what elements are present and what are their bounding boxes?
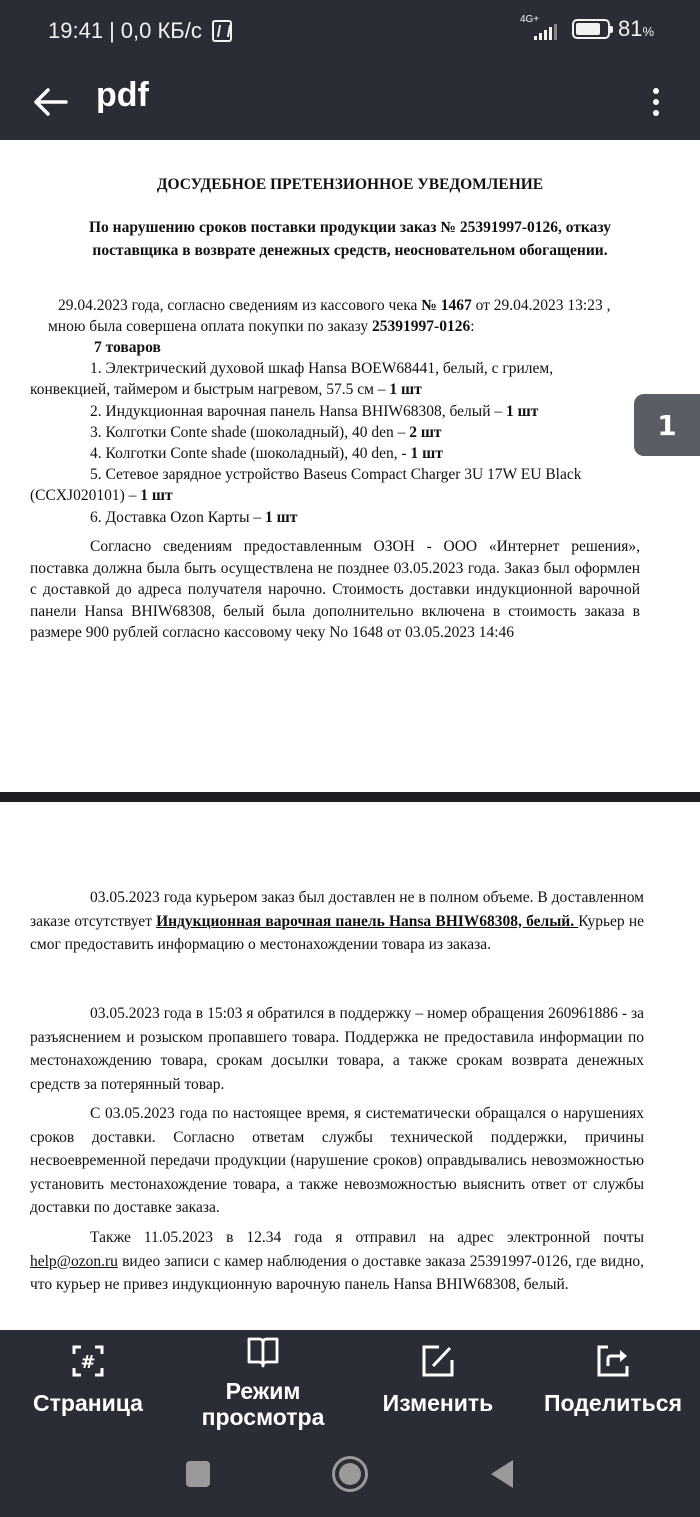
app-bar: pdf bbox=[0, 64, 700, 140]
violations-paragraph: С 03.05.2023 года по настоящее время, я … bbox=[30, 1102, 644, 1220]
document-title: ДОСУДЕБНОЕ ПРЕТЕНЗИОННОЕ УВЕДОМЛЕНИЕ bbox=[0, 176, 700, 194]
document-subtitle: По нарушению сроков поставки продукции з… bbox=[70, 216, 630, 262]
arrow-left-icon[interactable] bbox=[28, 80, 72, 124]
list-item: 1. Электрический духовой шкаф Hansa BOEW… bbox=[30, 358, 630, 400]
pdf-page-1: ДОСУДЕБНОЕ ПРЕТЕНЗИОННОЕ УВЕДОМЛЕНИЕ По … bbox=[0, 140, 700, 792]
list-item: 6. Доставка Ozon Карты – 1 шт bbox=[30, 507, 630, 528]
page-button[interactable]: # Страница bbox=[18, 1330, 158, 1440]
share-button[interactable]: Поделиться bbox=[532, 1330, 694, 1440]
triangle-back-icon bbox=[491, 1460, 513, 1488]
svg-text:#: # bbox=[80, 1352, 95, 1373]
intro-paragraph: 29.04.2023 года, согласно сведениям из к… bbox=[30, 295, 650, 337]
missing-item-paragraph: 03.05.2023 года курьером заказ был доста… bbox=[30, 886, 644, 957]
items-count: 7 товаров bbox=[30, 337, 630, 358]
view-mode-button[interactable]: Режим просмотра bbox=[188, 1330, 338, 1440]
status-right: 4G+ 81% bbox=[520, 16, 654, 42]
status-bar: 19:41 | 0,0 КБ/с 4G+ 81% bbox=[0, 0, 700, 64]
clock: 19:41 bbox=[48, 18, 103, 44]
square-icon bbox=[186, 1461, 210, 1487]
list-item: 4. Колготки Conte shade (шоколадный), 40… bbox=[30, 443, 630, 464]
order-items-list: 7 товаров 1. Электрический духовой шкаф … bbox=[30, 337, 630, 528]
battery-icon bbox=[572, 19, 610, 39]
system-nav-bar bbox=[0, 1440, 700, 1517]
pdf-viewer[interactable]: ДОСУДЕБНОЕ ПРЕТЕНЗИОННОЕ УВЕДОМЛЕНИЕ По … bbox=[0, 140, 700, 1330]
signal-icon: 4G+ bbox=[520, 16, 564, 42]
app-title: pdf bbox=[96, 76, 149, 115]
page-number-badge: 1 bbox=[634, 394, 700, 456]
page-separator bbox=[0, 792, 700, 802]
recent-apps-button[interactable] bbox=[176, 1454, 220, 1494]
pdf-page-2: 03.05.2023 года курьером заказ был доста… bbox=[0, 802, 700, 1330]
system-back-button[interactable] bbox=[480, 1454, 524, 1494]
status-left: 19:41 | 0,0 КБ/с bbox=[48, 18, 232, 44]
share-icon bbox=[596, 1344, 630, 1378]
more-vert-icon[interactable] bbox=[646, 80, 666, 124]
battery-fill bbox=[576, 23, 600, 35]
list-item: 2. Индукционная варочная панель Hansa BH… bbox=[30, 401, 630, 422]
nfc-icon bbox=[212, 20, 232, 42]
edit-button[interactable]: Изменить bbox=[368, 1330, 508, 1440]
support-paragraph: 03.05.2023 года в 15:03 я обратился в по… bbox=[30, 1002, 644, 1096]
delivery-paragraph: Согласно сведениям предоставленным ОЗОН … bbox=[30, 536, 640, 644]
book-icon bbox=[245, 1334, 281, 1370]
net-speed: 0,0 КБ/с bbox=[121, 18, 202, 44]
bottom-toolbar: # Страница Режим просмотра Изменить Поде… bbox=[0, 1330, 700, 1440]
battery-percent: 81% bbox=[618, 16, 654, 42]
edit-icon bbox=[421, 1344, 455, 1378]
list-item: 3. Колготки Conte shade (шоколадный), 40… bbox=[30, 422, 630, 443]
page-number-icon: # bbox=[71, 1344, 105, 1378]
home-button[interactable] bbox=[328, 1454, 372, 1494]
email-paragraph: Также 11.05.2023 в 12.34 года я отправил… bbox=[30, 1226, 644, 1297]
email-link[interactable]: help@ozon.ru bbox=[30, 1253, 118, 1270]
divider: | bbox=[109, 18, 115, 44]
list-item: 5. Сетевое зарядное устройство Baseus Co… bbox=[30, 464, 630, 506]
circle-icon bbox=[332, 1456, 368, 1492]
